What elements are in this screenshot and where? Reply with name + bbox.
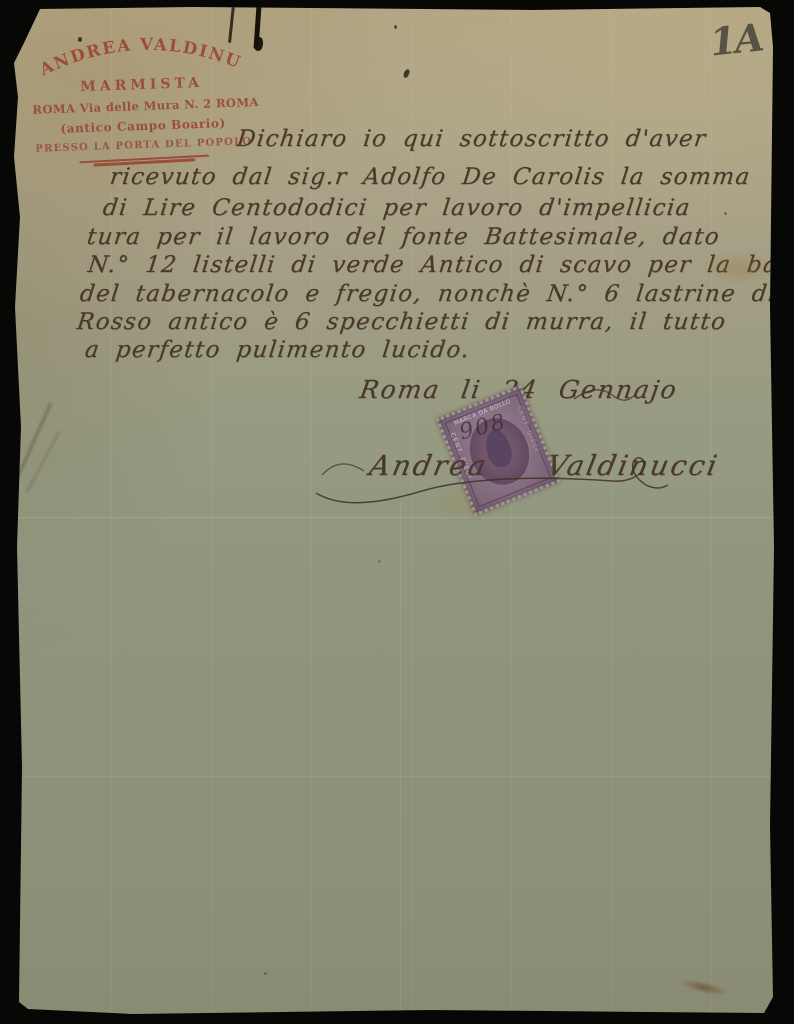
stain bbox=[679, 977, 728, 998]
ink-speck bbox=[724, 212, 727, 215]
letterhead-address-1: ROMA Via delle Mura N. 2 ROMA bbox=[32, 95, 252, 117]
body-line: tura per il lavoro del fonte Battesimale… bbox=[87, 224, 720, 250]
fold-crease bbox=[400, 502, 402, 1014]
body-line: a perfetto pulimento lucido. bbox=[85, 337, 470, 363]
ink-blot bbox=[254, 37, 263, 51]
body-line: ricevuto dal sig.r Adolfo De Carolis la … bbox=[110, 164, 751, 190]
fold-crease bbox=[12, 776, 774, 778]
body-line: del tabernacolo e fregio, nonchè N.° 6 l… bbox=[80, 281, 777, 307]
archival-mark: 1A bbox=[708, 14, 764, 64]
body-line: di Lire Centododici per lavoro d'impelli… bbox=[103, 195, 691, 221]
document-paper: ANDREA VALDINUCCI MARMISTA ROMA Via dell… bbox=[12, 7, 774, 1014]
ink-speck bbox=[264, 972, 267, 975]
fold-crease bbox=[12, 517, 774, 519]
ink-smudge bbox=[26, 431, 61, 494]
letterhead-stamp: ANDREA VALDINUCCI MARMISTA ROMA Via dell… bbox=[29, 15, 254, 173]
ink-smudge bbox=[11, 402, 52, 490]
ink-speck bbox=[78, 37, 82, 42]
body-line: Rosso antico è 6 specchietti di murra, i… bbox=[77, 309, 726, 335]
body-line: N.° 12 listelli di verde Antico di scavo… bbox=[88, 252, 794, 278]
body-line: Dichiaro io qui sottoscritto d'aver bbox=[237, 126, 706, 152]
ink-speck bbox=[394, 25, 397, 29]
svg-text:ANDREA VALDINUCCI: ANDREA VALDINUCCI bbox=[32, 21, 245, 80]
letterhead-address-2: (antico Campo Boario) bbox=[33, 115, 253, 137]
signature: Andrea Valdinucci bbox=[370, 449, 719, 482]
ink-speck bbox=[403, 68, 411, 78]
letterhead-address-3: PRESSO LA PORTA DEL POPOLO bbox=[34, 136, 254, 155]
ink-speck bbox=[378, 560, 381, 563]
letterhead-name: ANDREA VALDINUCCI bbox=[32, 21, 245, 80]
